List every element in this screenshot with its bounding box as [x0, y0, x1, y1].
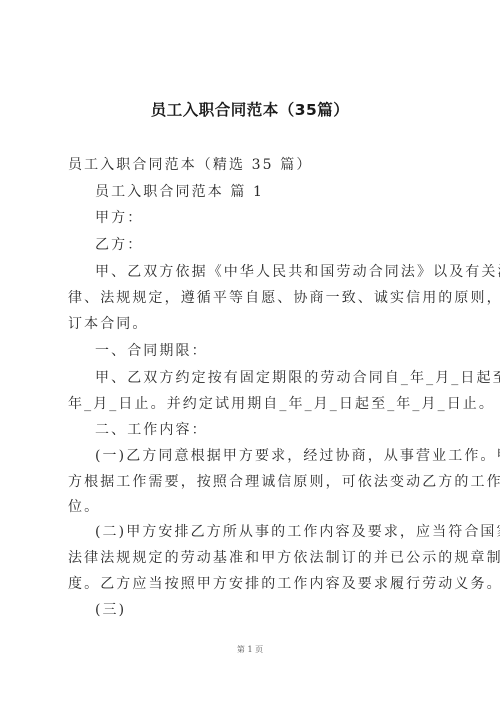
paragraph-line: (二)甲方安排乙方所从事的工作内容及要求，应当符合国家 [95, 519, 446, 545]
paragraph-line: 律、法规规定，遵循平等自愿、协商一致、诚实信用的原则，签 [68, 285, 446, 311]
paragraph-line: 法律法规规定的劳动基准和甲方依法制订的并已公示的规章制 [68, 545, 446, 571]
paragraph-line: (一)乙方同意根据甲方要求，经过协商，从事营业工作。甲 [95, 443, 446, 469]
paragraph-line: (三) [95, 597, 446, 623]
party-b-label: 乙方： [95, 232, 446, 258]
document-title: 员工入职合同范本（35篇） [0, 98, 500, 120]
paragraph-line: 位。 [68, 494, 446, 520]
section-heading: 员工入职合同范本 篇 1 [95, 179, 446, 205]
paragraph-line: 度。乙方应当按照甲方安排的工作内容及要求履行劳动义务。 [68, 571, 446, 597]
page-number: 第 1 页 [0, 644, 500, 655]
document-page: 员工入职合同范本（35篇） 员工入职合同范本（精选 35 篇） 员工入职合同范本… [0, 0, 500, 707]
paragraph-line: 甲、乙双方约定按有固定期限的劳动合同自_年_月_日起至_ [95, 365, 446, 391]
clause-heading: 二、工作内容： [95, 417, 446, 443]
paragraph-line: 甲、乙双方依据《中华人民共和国劳动合同法》以及有关法 [95, 259, 446, 285]
party-a-label: 甲方： [95, 205, 446, 231]
paragraph-line: 年_月_日止。并约定试用期自_年_月_日起至_年_月_日止。 [68, 391, 446, 417]
clause-heading: 一、合同期限： [95, 338, 446, 364]
document-subtitle: 员工入职合同范本（精选 35 篇） [68, 152, 446, 178]
paragraph-line: 方根据工作需要，按照合理诚信原则，可依法变动乙方的工作岗 [68, 469, 446, 495]
paragraph-line: 订本合同。 [68, 311, 446, 337]
